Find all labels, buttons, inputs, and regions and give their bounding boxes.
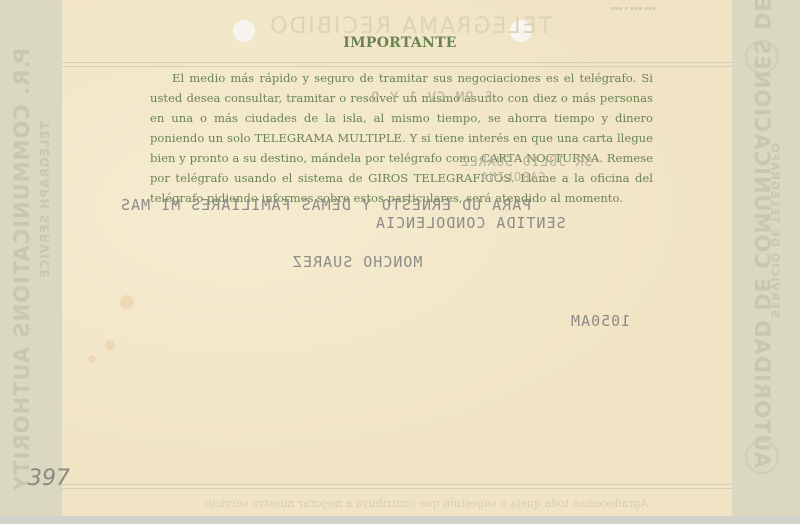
stamp-signature: MONCHO SUAREZ bbox=[292, 253, 422, 271]
stamp-ghost-line: 5 PM CV 1 Y 9 bbox=[370, 90, 493, 106]
stamp-message-line-2: SENTIDA CONDOLENCIA bbox=[375, 214, 566, 232]
mirrored-form-code: ▪▪▪ ▪▪▪ ▪ ▪▪▪ bbox=[610, 5, 656, 12]
stamp-ghost-line: CAROLINA bbox=[480, 170, 546, 184]
page-title: IMPORTANTE bbox=[300, 35, 500, 51]
handwritten-page-number: 397 bbox=[28, 466, 70, 491]
left-band-subtitle: TELEGRAPH SERVICE bbox=[38, 100, 52, 300]
bottom-rule-divider bbox=[62, 484, 732, 489]
right-band-subtitle: SERVICIO DE TELEGRAFO bbox=[769, 130, 782, 330]
seal-icon bbox=[745, 440, 779, 474]
stain-spot bbox=[105, 340, 115, 350]
mirrored-footer-show-through: Agradecemos toda queja o sugestión que c… bbox=[150, 497, 700, 510]
notice-paragraph: El medio más rápido y seguro de tramitar… bbox=[150, 68, 653, 208]
stain-spot bbox=[120, 295, 134, 309]
top-rule-divider bbox=[62, 62, 732, 67]
stain-spot bbox=[88, 355, 96, 363]
seal-icon bbox=[745, 40, 779, 74]
stamp-ghost-line: SR JULIO SUAREZ bbox=[460, 155, 592, 170]
stamp-message-line-1: PARA UD ERNESTO Y DEMAS FAMILIARES MI MA… bbox=[120, 196, 531, 214]
scan-bottom-edge bbox=[0, 516, 800, 524]
stamp-time: 1050AM bbox=[570, 312, 630, 330]
notice-text: El medio más rápido y seguro de tramitar… bbox=[150, 68, 653, 208]
left-band-title: P.R. COMMUNICATIONS AUTHORITY bbox=[10, 48, 34, 468]
